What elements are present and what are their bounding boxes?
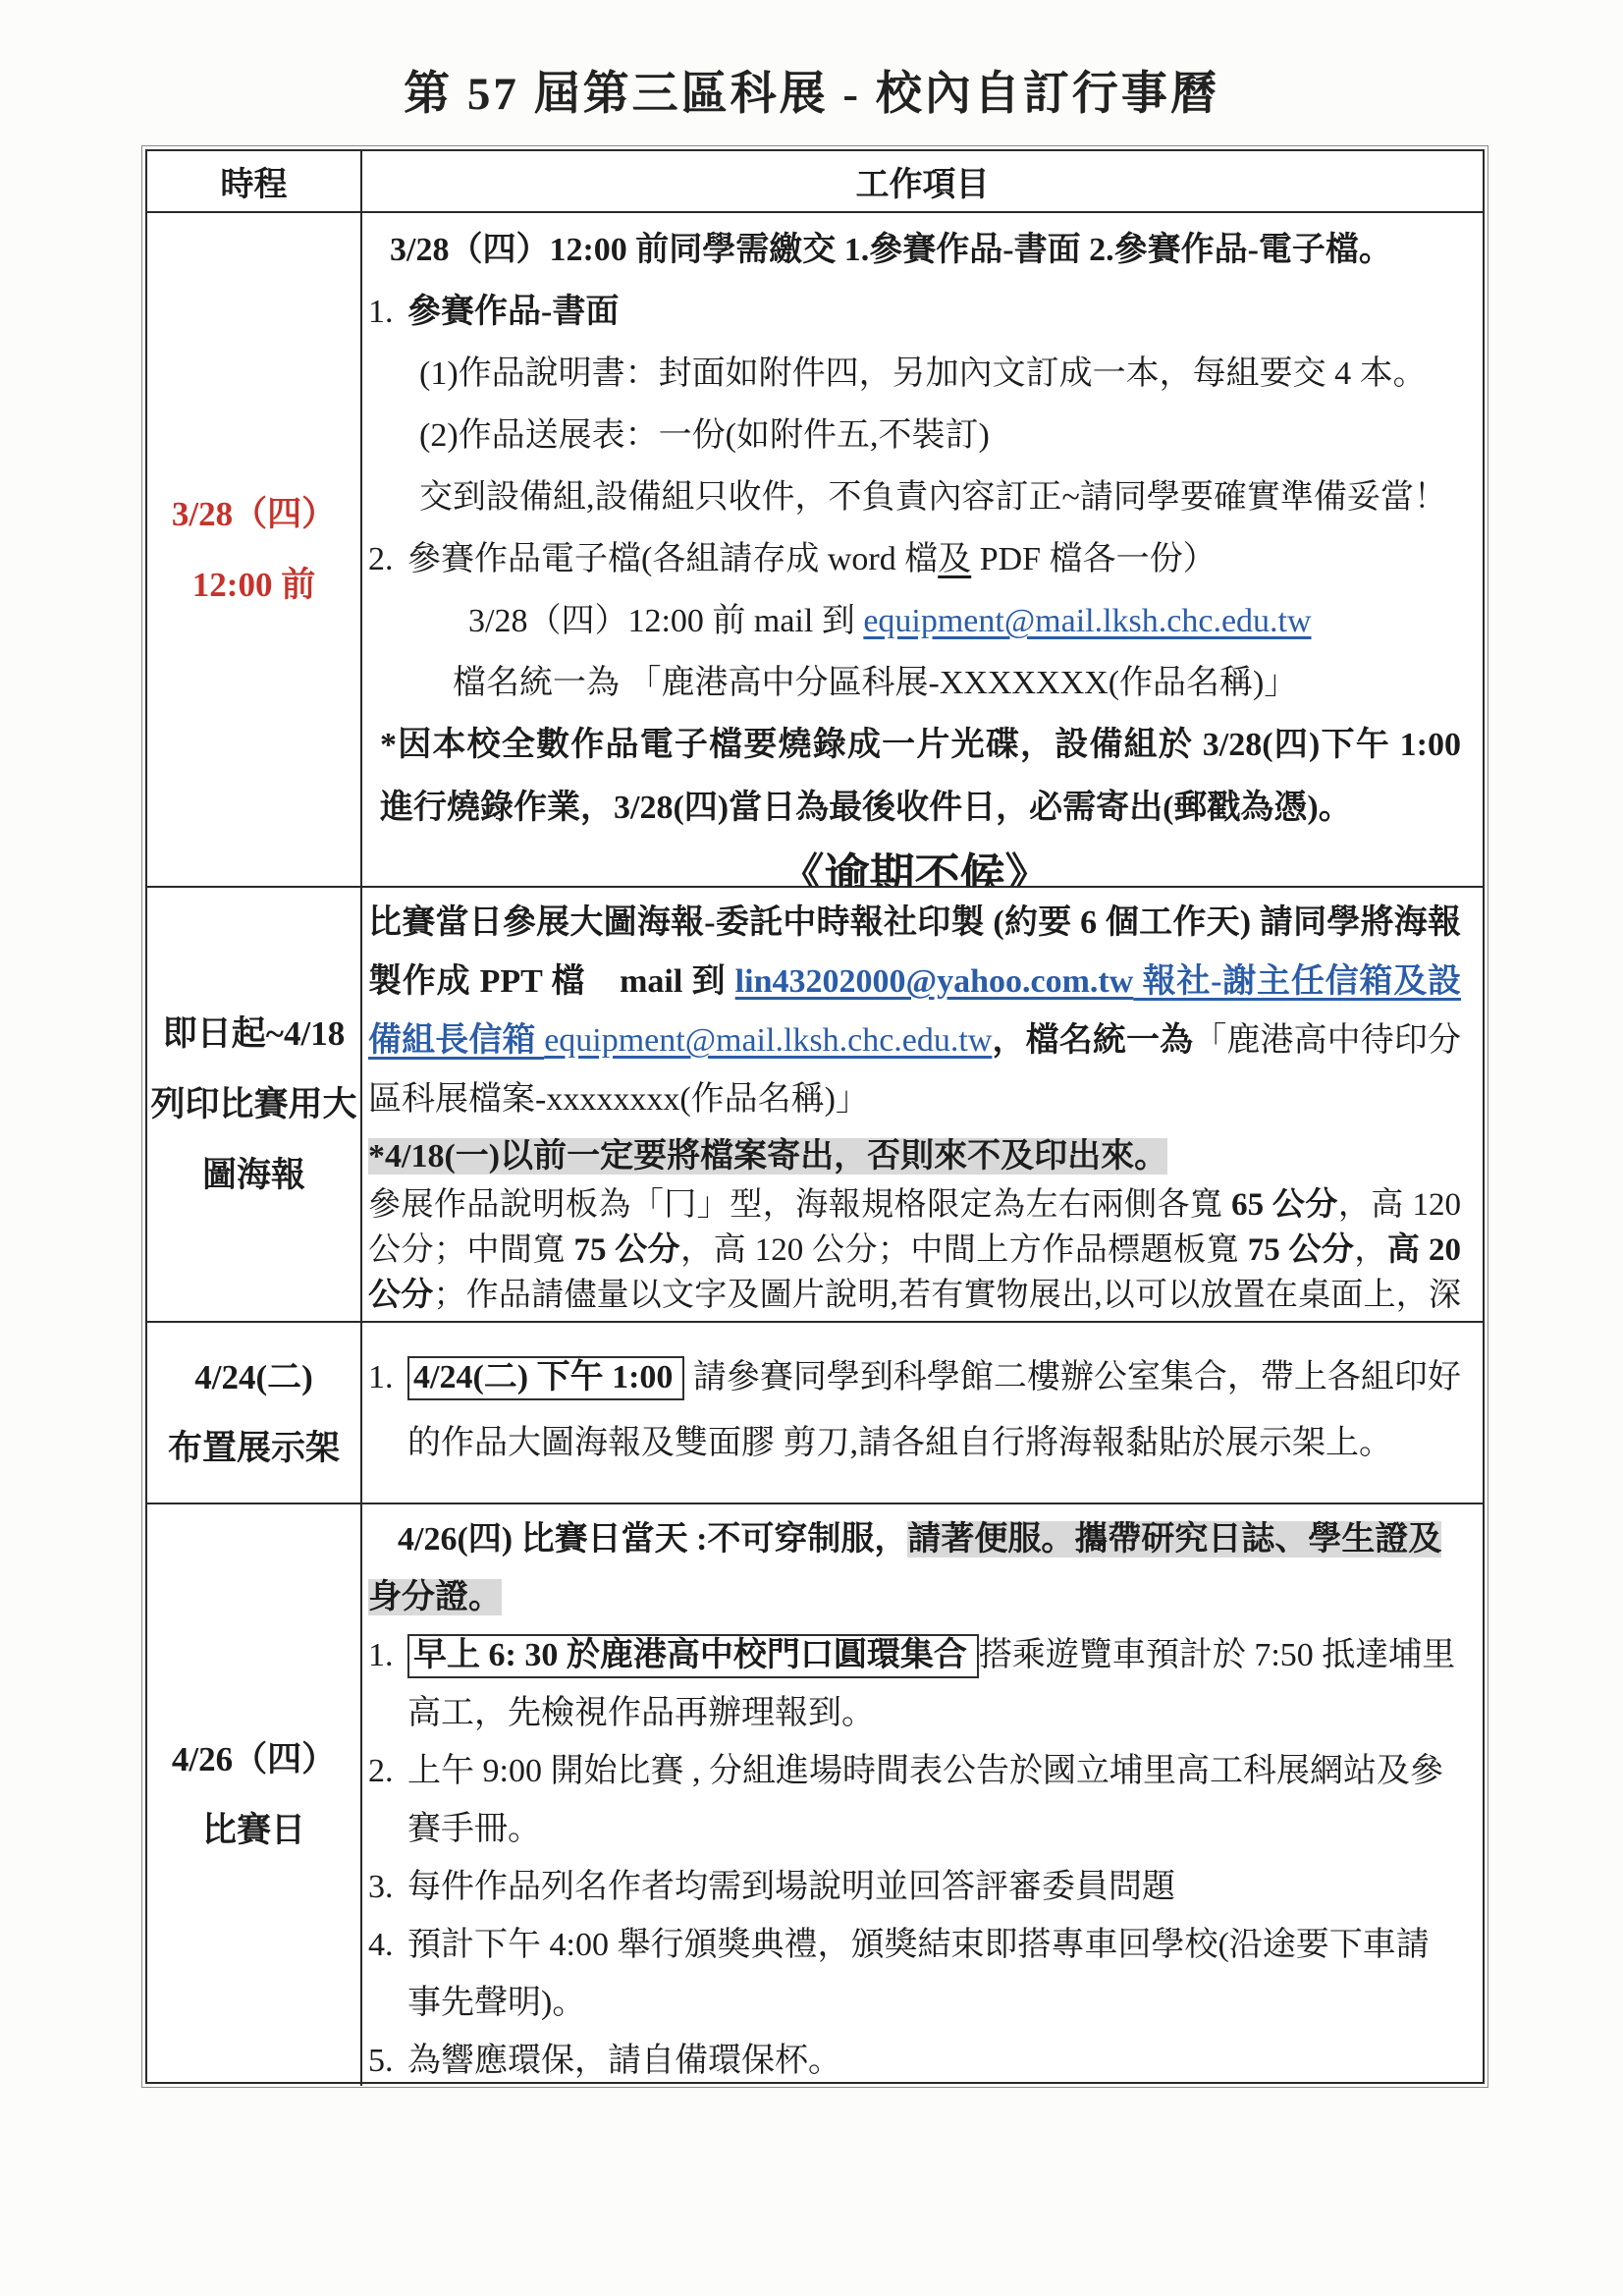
row4-item3-number: 3. [368, 1858, 407, 1916]
row2-time-line3: 圖海報 [202, 1140, 305, 1211]
row1-mail-line: 3/28（四）12:00 前 mail 到 equipment@mail.lks… [468, 590, 1461, 652]
row4-item2-number: 2. [368, 1742, 407, 1800]
row1-intro: 3/28（四）12:00 前同學需繳交 1.參賽作品-書面 2.參賽作品-電子檔… [390, 219, 1461, 281]
row4-dresscode-paragraph: 4/26(四) 比賽日當天 :不可穿制服，請著便服。攜帶研究日誌、學生證及身分證… [368, 1510, 1461, 1626]
row3-item1-number: 1. [368, 1344, 407, 1410]
row4-item4-number: 4. [368, 1916, 407, 1974]
row1-time-line1: 3/28（四） [172, 479, 336, 550]
row1-deadline-warning: 《逾期不候》 [368, 840, 1461, 888]
row4-time-line2: 比賽日 [202, 1795, 305, 1866]
row4-item5: 5.為響應環保，請自備環保杯。 [368, 2032, 1461, 2086]
row4-item4: 4.預計下午 4:00 舉行頒獎典禮，頒獎結束即搭專車回學校(沿途要下車請事先聲… [368, 1916, 1461, 2032]
row2-spec-paragraph: 參展作品說明板為「冂」型，海報規格限定為左右兩側各寬 65 公分，高 120 公… [368, 1182, 1461, 1323]
row1-item2-number: 2. [368, 528, 407, 590]
column-header-task: 工作項目 [362, 151, 1483, 213]
row1-item1-sub1: (1)作品說明書：封面如附件四，另加內文訂成一本，每組要交 4 本。 [419, 343, 1461, 405]
row3-time-cell: 4/24(二) 布置展示架 [147, 1323, 362, 1504]
row1-burn-note: *因本校全數作品電子檔要燒錄成一片光碟，設備組於 3/28(四)下午 1:00 … [380, 714, 1461, 840]
row4-content-cell: 4/26(四) 比賽日當天 :不可穿制服，請著便服。攜帶研究日誌、學生證及身分證… [362, 1504, 1483, 2086]
row4-item5-number: 5. [368, 2032, 407, 2086]
row1-item1-sub2: (2)作品送展表：一份(如附件五,不裝訂) [419, 405, 1461, 466]
row1-filename-line: 檔名統一為 「鹿港高中分區科展-XXXXXXX(作品名稱)」 [453, 652, 1461, 714]
row3-content-cell: 1.4/24(二) 下午 1:00 請參賽同學到科學館二樓辦公室集合，帶上各組印… [362, 1323, 1483, 1504]
row1-item1: 1.參賽作品-書面 [368, 281, 1461, 343]
row2-time-line2: 列印比賽用大 [150, 1069, 356, 1140]
row4-time-line1: 4/26（四） [172, 1724, 336, 1795]
row2-highlight-warning: *4/18(一)以前一定要將檔案寄出，否則來不及印出來。 [368, 1131, 1461, 1182]
row1-item2-underlined: 及 [938, 541, 971, 577]
row1-item1-number: 1. [368, 281, 407, 343]
row3-time-line2: 布置展示架 [168, 1413, 340, 1484]
row2-time-line1: 即日起~4/18 [163, 999, 345, 1069]
email-link-lin[interactable]: lin43202000@yahoo.com.tw [735, 963, 1134, 1000]
row1-time-line2: 12:00 前 [192, 550, 315, 621]
row1-time-cell: 3/28（四） 12:00 前 [147, 213, 362, 888]
row2-time-cell: 即日起~4/18 列印比賽用大 圖海報 [147, 888, 362, 1323]
email-link-equipment[interactable]: equipment@mail.lksh.chc.edu.tw [863, 603, 1311, 639]
row4-item3: 3.每件作品列名作者均需到場說明並回答評審委員問題 [368, 1858, 1461, 1916]
page-title: 第 57 屆第三區科展 - 校內自訂行事曆 [0, 57, 1623, 123]
row1-content-cell: 3/28（四）12:00 前同學需繳交 1.參賽作品-書面 2.參賽作品-電子檔… [362, 213, 1483, 888]
row4-boxed-meeting: 早上 6: 30 於鹿港高中校門口圓環集合 [407, 1634, 979, 1678]
row4-time-cell: 4/26（四） 比賽日 [147, 1504, 362, 2086]
row3-boxed-time: 4/24(二) 下午 1:00 [407, 1356, 684, 1400]
row4-item1: 1.早上 6: 30 於鹿港高中校門口圓環集合搭乘遊覽車預計於 7:50 抵達埔… [368, 1626, 1461, 1742]
row4-item2: 2.上午 9:00 開始比賽 , 分組進場時間表公告於國立埔里高工科展網站及參賽… [368, 1742, 1461, 1858]
row2-content-cell: 比賽當日參展大圖海報-委託中時報社印製 (約要 6 個工作天) 請同學將海報製作… [362, 888, 1483, 1323]
row3-time-line1: 4/24(二) [194, 1342, 313, 1413]
row2-poster-paragraph: 比賽當日參展大圖海報-委託中時報社印製 (約要 6 個工作天) 請同學將海報製作… [368, 894, 1461, 1129]
email-link-equipment-2[interactable]: equipment@mail.lksh.chc.edu.tw [544, 1022, 992, 1059]
row3-item1: 1.4/24(二) 下午 1:00 請參賽同學到科學館二樓辦公室集合，帶上各組印… [368, 1344, 1461, 1476]
column-header-time: 時程 [147, 151, 362, 213]
row1-item2: 2.參賽作品電子檔(各組請存成 word 檔及 PDF 檔各一份） [368, 528, 1461, 590]
schedule-table: 時程 工作項目 3/28（四） 12:00 前 3/28（四）12:00 前同學… [145, 149, 1485, 2084]
row1-item1-sub3: 交到設備組,設備組只收件，不負責內容訂正~請同學要確實準備妥當！ [419, 466, 1461, 528]
row4-item1-number: 1. [368, 1626, 407, 1684]
